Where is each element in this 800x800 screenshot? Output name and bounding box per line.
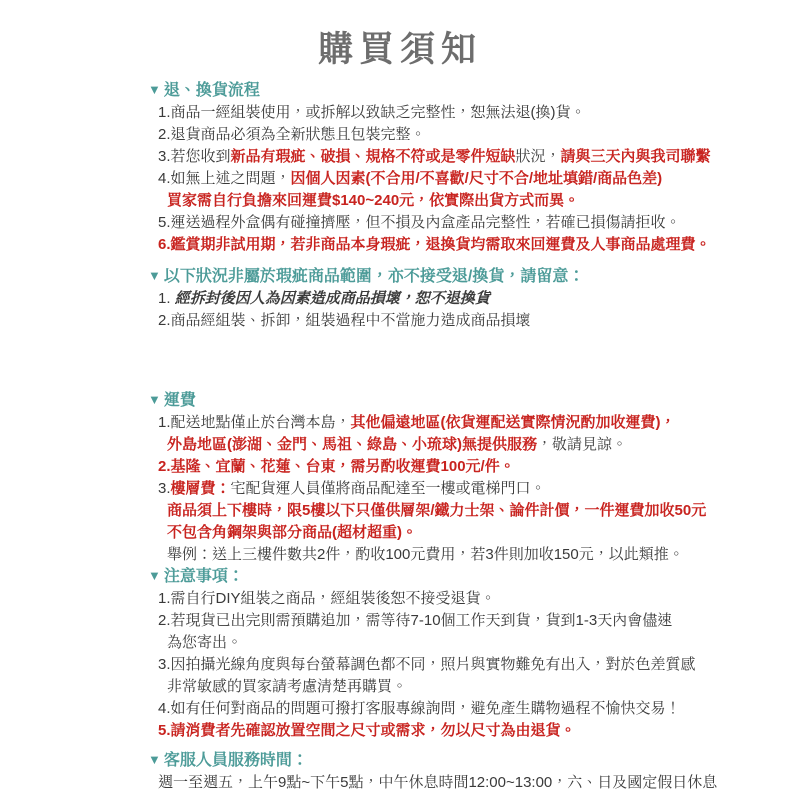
text-segment: 1.需自行DIY組裝之商品，經組裝後恕不接受退貨。: [158, 590, 496, 607]
text-segment: 舉例：送上三樓件數共2件，酌收100元費用，若3件則加收150元，以此類推。: [167, 546, 684, 563]
notice-line: 外島地區(澎湖、金門、馬祖、綠島、小琉球)無提供服務，敬請見諒。: [148, 434, 764, 456]
notice-line: 2.商品經組裝、拆卸，組裝過程中不當施力造成商品損壞: [148, 310, 764, 332]
text-segment: 狀況，: [516, 148, 561, 165]
section-title: 以下狀況非屬於瑕疵商品範圍，亦不接受退/換貨，請留意：: [164, 268, 584, 285]
notice-line: 1.需自行DIY組裝之商品，經組裝後恕不接受退貨。: [148, 588, 764, 610]
notice-line: 舉例：送上三樓件數共2件，酌收100元費用，若3件則加收150元，以此類推。: [148, 544, 764, 566]
text-segment: 4.如有任何對商品的問題可撥打客服專線詢問，避免產生購物過程不愉快交易！: [158, 700, 681, 717]
section-title: 客服人員服務時間：: [164, 752, 308, 769]
text-segment: 請與三天內與我司聯繫: [561, 148, 711, 165]
notice-line: 5.運送過程外盒偶有碰撞擠壓，但不損及內盒產品完整性，若確已損傷請拒收。: [148, 212, 764, 234]
text-segment: 商品須上下樓時，限5樓以下只僅供層架/鐵力士架、論件計價，一件運費加收50元: [167, 502, 706, 519]
section-header: ▼退、換貨流程: [148, 80, 764, 102]
text-segment: 2.商品經組裝、拆卸，組裝過程中不當施力造成商品損壞: [158, 312, 531, 329]
notice-line: 週一至週五，上午9點~下午5點，中午休息時間12:00~13:00，六、日及國定…: [148, 772, 764, 794]
text-segment: 5.運送過程外盒偶有碰撞擠壓，但不損及內盒產品完整性，若確已損傷請拒收。: [158, 214, 681, 231]
section-title: 注意事項：: [164, 568, 244, 585]
text-segment: 非常敏感的買家請考慮清楚再購買。: [167, 678, 407, 695]
text-segment: 2.若現貨已出完則需預購追加，需等待7-10個工作天到貨，貨到1-3天內會儘速: [158, 612, 672, 629]
notice-line: 2.退貨商品必須為全新狀態且包裝完整。: [148, 124, 764, 146]
notice-line: 不包含角鋼架與部分商品(超材超重)。: [148, 522, 764, 544]
notice-line: 買家需自行負擔來回運費$140~240元，依實際出貨方式而異。: [148, 190, 764, 212]
text-segment: 2.基隆、宜蘭、花蓮、台東，需另酌收運費100元/件。: [158, 458, 515, 475]
notice-line: 商品須上下樓時，限5樓以下只僅供層架/鐵力士架、論件計價，一件運費加收50元: [148, 500, 764, 522]
page-title: 購買須知: [0, 22, 800, 72]
text-segment: ，敬請見諒。: [537, 436, 627, 453]
text-segment: 3.: [158, 480, 171, 497]
notice-line: 5.請消費者先確認放置空間之尺寸或需求，勿以尺寸為由退貨。: [148, 720, 764, 742]
text-segment: 因個人因素(不合用/不喜歡/尺寸不合/地址填錯/商品色差): [291, 170, 663, 187]
text-segment: 4.如無上述之問題，: [158, 170, 291, 187]
notice-line: 為您寄出。: [148, 632, 764, 654]
notice-line: 3.樓層費：宅配貨運人員僅將商品配達至一樓或電梯門口。: [148, 478, 764, 500]
section-notes: ▼注意事項：1.需自行DIY組裝之商品，經組裝後恕不接受退貨。2.若現貨已出完則…: [148, 566, 764, 742]
text-segment: 3.若您收到: [158, 148, 231, 165]
notice-line: 2.基隆、宜蘭、花蓮、台東，需另酌收運費100元/件。: [148, 456, 764, 478]
section-header: ▼注意事項：: [148, 566, 764, 588]
text-segment: 不包含角鋼架與部分商品(超材超重)。: [167, 524, 417, 541]
notice-line: 4.如無上述之問題，因個人因素(不合用/不喜歡/尺寸不合/地址填錯/商品色差): [148, 168, 764, 190]
text-segment: 宅配貨運人員僅將商品配達至一樓或電梯門口。: [231, 480, 546, 497]
text-segment: 週一至週五，上午9點~下午5點，中午休息時間12:00~13:00，六、日及國定…: [158, 774, 717, 791]
section-header: ▼運費: [148, 390, 764, 412]
text-segment: 經拆封後因人為因素造成商品損壞，恕不退換貨: [175, 290, 490, 307]
purchase-notice-page: 購買須知 ▼退、換貨流程1.商品一經組裝使用，或拆解以致缺乏完整性，恕無法退(換…: [0, 0, 800, 800]
section-non-defect: ▼以下狀況非屬於瑕疵商品範圍，亦不接受退/換貨，請留意：1. 經拆封後因人為因素…: [148, 266, 764, 332]
notice-sections: ▼退、換貨流程1.商品一經組裝使用，或拆解以致缺乏完整性，恕無法退(換)貨。2.…: [0, 80, 800, 794]
notice-line: 1.配送地點僅止於台灣本島，其他偏遠地區(依貨運配送實際情況酌加收運費)，: [148, 412, 764, 434]
section-title: 運費: [164, 392, 196, 409]
text-segment: 其他偏遠地區(依貨運配送實際情況酌加收運費)，: [351, 414, 676, 431]
text-segment: 1.: [158, 290, 175, 307]
triangle-down-icon: ▼: [148, 568, 161, 583]
section-service-hours: ▼客服人員服務時間：週一至週五，上午9點~下午5點，中午休息時間12:00~13…: [148, 750, 764, 794]
section-title: 退、換貨流程: [164, 82, 260, 99]
notice-line: 1.商品一經組裝使用，或拆解以致缺乏完整性，恕無法退(換)貨。: [148, 102, 764, 124]
text-segment: 為您寄出。: [167, 634, 242, 651]
notice-line: 2.若現貨已出完則需預購追加，需等待7-10個工作天到貨，貨到1-3天內會儘速: [148, 610, 764, 632]
triangle-down-icon: ▼: [148, 268, 161, 283]
notice-line: 非常敏感的買家請考慮清楚再購買。: [148, 676, 764, 698]
text-segment: 1.商品一經組裝使用，或拆解以致缺乏完整性，恕無法退(換)貨。: [158, 104, 586, 121]
text-segment: 3.因拍攝光線角度與每台螢幕調色都不同，照片與實物難免有出入，對於色差質感: [158, 656, 696, 673]
section-header: ▼客服人員服務時間：: [148, 750, 764, 772]
notice-line: 1. 經拆封後因人為因素造成商品損壞，恕不退換貨: [148, 288, 764, 310]
notice-line: 3.因拍攝光線角度與每台螢幕調色都不同，照片與實物難免有出入，對於色差質感: [148, 654, 764, 676]
notice-line: 4.如有任何對商品的問題可撥打客服專線詢問，避免產生購物過程不愉快交易！: [148, 698, 764, 720]
text-segment: 1.配送地點僅止於台灣本島，: [158, 414, 351, 431]
text-segment: 新品有瑕疵、破損、規格不符或是零件短缺: [231, 148, 516, 165]
section-header: ▼以下狀況非屬於瑕疵商品範圍，亦不接受退/換貨，請留意：: [148, 266, 764, 288]
triangle-down-icon: ▼: [148, 392, 161, 407]
text-segment: 樓層費：: [171, 480, 231, 497]
section-shipping: ▼運費1.配送地點僅止於台灣本島，其他偏遠地區(依貨運配送實際情況酌加收運費)，…: [148, 390, 764, 566]
notice-line: 6.鑑賞期非試用期，若非商品本身瑕疵，退換貨均需取來回運費及人事商品處理費。: [148, 234, 764, 256]
text-segment: 買家需自行負擔來回運費$140~240元，依實際出貨方式而異。: [167, 192, 579, 209]
text-segment: 2.退貨商品必須為全新狀態且包裝完整。: [158, 126, 426, 143]
text-segment: 5.請消費者先確認放置空間之尺寸或需求，勿以尺寸為由退貨。: [158, 722, 576, 739]
text-segment: 6.鑑賞期非試用期，若非商品本身瑕疵，退換貨均需取來回運費及人事商品處理費。: [158, 236, 711, 253]
triangle-down-icon: ▼: [148, 82, 161, 97]
text-segment: 外島地區(澎湖、金門、馬祖、綠島、小琉球)無提供服務: [167, 436, 537, 453]
notice-line: 3.若您收到新品有瑕疵、破損、規格不符或是零件短缺狀況，請與三天內與我司聯繫: [148, 146, 764, 168]
section-return-exchange: ▼退、換貨流程1.商品一經組裝使用，或拆解以致缺乏完整性，恕無法退(換)貨。2.…: [148, 80, 764, 256]
triangle-down-icon: ▼: [148, 752, 161, 767]
